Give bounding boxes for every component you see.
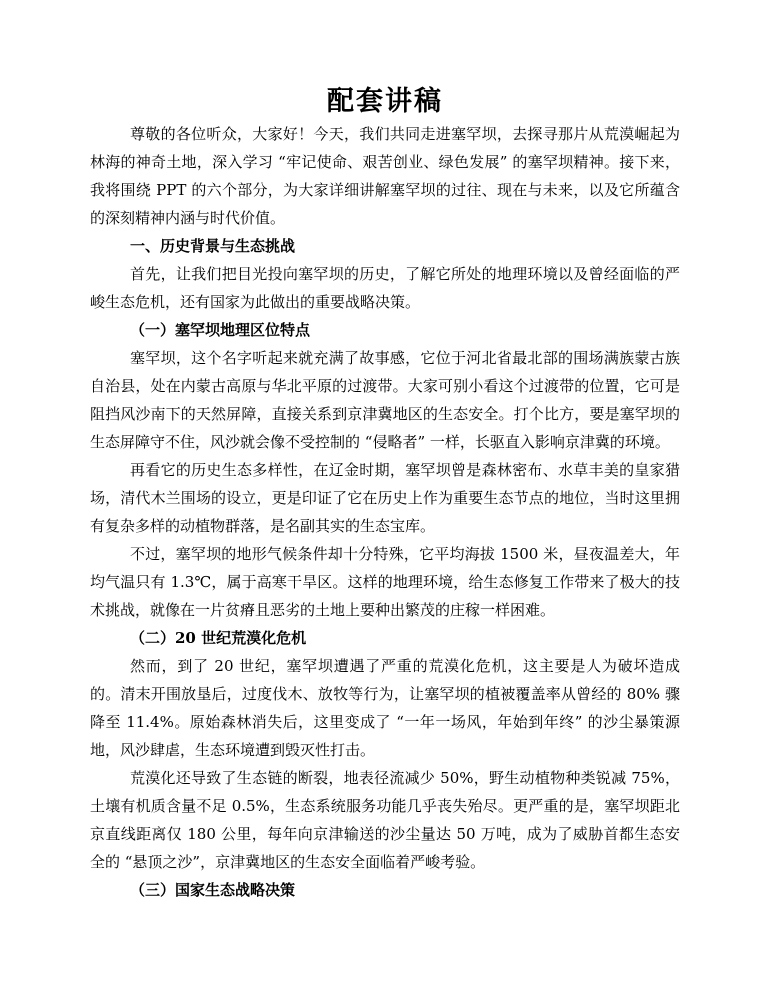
document-page: 配套讲稿 尊敬的各位听众，大家好！今天，我们共同走进塞罕坝，去探寻那片从荒漠崛起… [0, 0, 770, 1000]
section-heading-history-background: 一、历史背景与生态挑战 [90, 232, 680, 260]
intro-paragraph: 尊敬的各位听众，大家好！今天，我们共同走进塞罕坝，去探寻那片从荒漠崛起为林海的神… [90, 120, 680, 232]
paragraph-geography-location: 塞罕坝，这个名字听起来就充满了故事感，它位于河北省最北部的围场满族蒙古族自治县，… [90, 344, 680, 456]
subsection-heading-national-strategy: （三）国家生态战略决策 [90, 876, 680, 904]
paragraph-historical-ecology: 再看它的历史生态多样性，在辽金时期，塞罕坝曾是森林密布、水草丰美的皇家猎场，清代… [90, 456, 680, 540]
subsection-heading-desertification: （二）20 世纪荒漠化危机 [90, 624, 680, 652]
paragraph-desertification-crisis: 然而，到了 20 世纪，塞罕坝遭遇了严重的荒漠化危机，这主要是人为破坏造成的。清… [90, 652, 680, 764]
paragraph-ecological-damage: 荒漠化还导致了生态链的断裂，地表径流减少 50%，野生动植物种类锐减 75%，土… [90, 764, 680, 876]
doc-body: 尊敬的各位听众，大家好！今天，我们共同走进塞罕坝，去探寻那片从荒漠崛起为林海的神… [90, 120, 680, 904]
subsection-heading-geography: （一）塞罕坝地理区位特点 [90, 316, 680, 344]
paragraph-terrain-climate: 不过，塞罕坝的地形气候条件却十分特殊，它平均海拔 1500 米，昼夜温差大，年均… [90, 540, 680, 624]
paragraph-history-intro: 首先，让我们把目光投向塞罕坝的历史，了解它所处的地理环境以及曾经面临的严峻生态危… [90, 260, 680, 316]
page-title: 配套讲稿 [90, 84, 680, 120]
